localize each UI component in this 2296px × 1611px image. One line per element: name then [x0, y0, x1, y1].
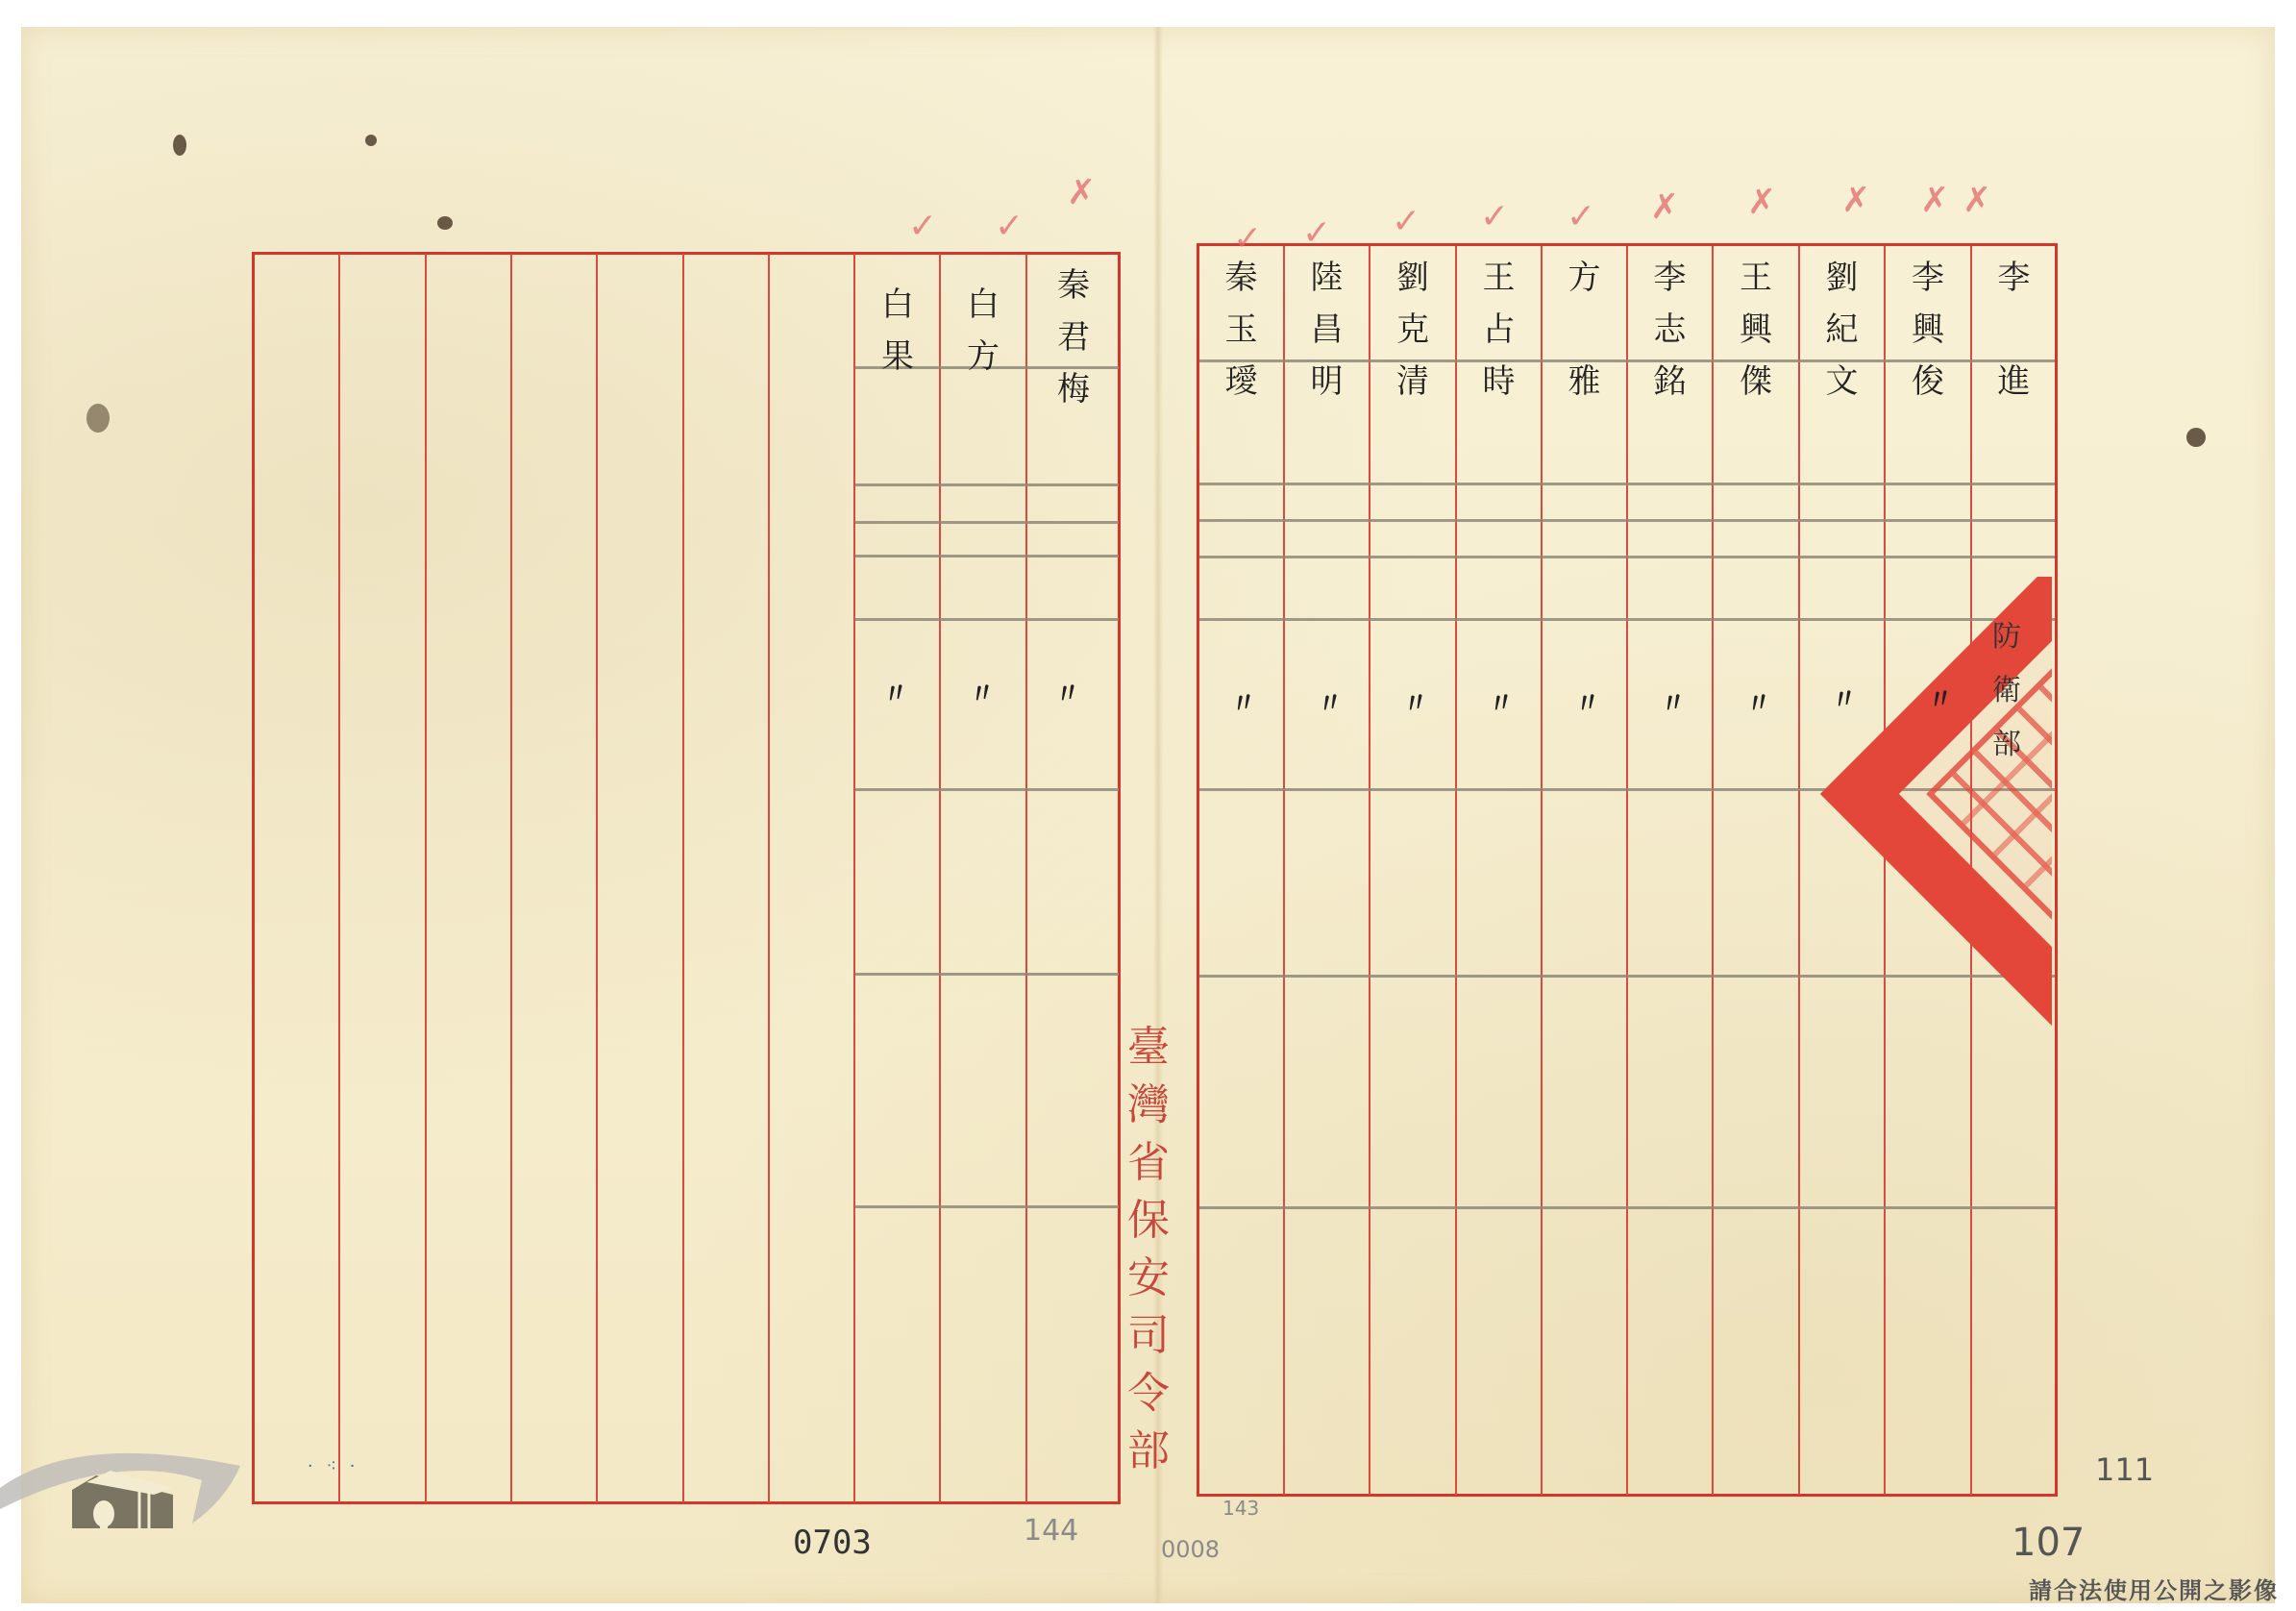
title-char: 司 — [1127, 1307, 1170, 1365]
title-char: 令 — [1127, 1365, 1170, 1423]
ink-stain — [86, 404, 110, 433]
name-char: 明 — [1311, 356, 1344, 408]
title-char: 臺 — [1127, 1019, 1170, 1077]
check-mark-v: ✓ — [995, 207, 1024, 246]
name-char: 李 — [1998, 252, 2031, 304]
row-rule — [1199, 519, 2055, 522]
pencil-code: 0008 — [1161, 1536, 1220, 1563]
name-char: 君 — [1057, 311, 1090, 363]
name-char: 清 — [1396, 356, 1429, 408]
column-rule — [768, 254, 770, 1502]
pencil-page-number: 144 — [1024, 1514, 1078, 1548]
column-rule — [596, 254, 598, 1502]
roster-name: 秦 玉 璦 — [1199, 252, 1283, 408]
roster-name: 陸 昌 明 — [1285, 252, 1369, 408]
name-char: 傑 — [1740, 356, 1772, 408]
column-rule — [338, 254, 340, 1502]
row-rule — [855, 618, 1119, 621]
left-page-frame — [252, 252, 1121, 1504]
column-rule — [853, 254, 855, 1502]
name-char: 紀 — [1826, 304, 1859, 356]
row-rule — [855, 788, 1119, 791]
column-rule — [1283, 246, 1285, 1495]
roster-name: 劉 克 清 — [1370, 252, 1455, 408]
name-char: 李 — [1912, 252, 1944, 304]
name-char: 劉 — [1396, 252, 1429, 304]
name-char: 俊 — [1912, 356, 1944, 408]
name-char: 克 — [1396, 304, 1429, 356]
row-rule — [1199, 556, 2055, 558]
column-rule — [682, 254, 684, 1502]
row-rule — [1199, 483, 2055, 485]
check-mark-x: ✗ — [1963, 181, 1991, 220]
row-rule — [1199, 1206, 2055, 1209]
column-rule — [510, 254, 512, 1502]
seal-text-char: 防 — [1992, 610, 2021, 664]
check-mark-x: ✗ — [1841, 181, 1870, 220]
organization-title: 臺 灣 省 保 安 司 令 部 — [1115, 1019, 1182, 1480]
name-char: 王 — [1740, 252, 1772, 304]
row-rule — [855, 521, 1119, 524]
roster-name: 劉 紀 文 — [1800, 252, 1884, 408]
name-char: 興 — [1912, 304, 1944, 356]
usage-watermark: 請合法使用公開之影像 — [2029, 1572, 2279, 1605]
name-char: 占 — [1483, 304, 1516, 356]
check-mark-v: ✓ — [908, 207, 937, 246]
name-char: 劉 — [1826, 252, 1859, 304]
ink-stain — [173, 135, 186, 156]
check-mark-v: ✓ — [1480, 197, 1509, 236]
roster-name: 李 進 — [1972, 252, 2056, 408]
roster-name: 李 志 銘 — [1628, 252, 1712, 408]
seal-text-char: 部 — [1992, 718, 2021, 772]
check-mark-v: ✓ — [1567, 197, 1595, 236]
name-char: 璦 — [1225, 356, 1258, 408]
check-mark-x: ✗ — [1920, 181, 1949, 220]
name-char: 昌 — [1311, 304, 1344, 356]
pencil-tally: 111 — [2095, 1451, 2154, 1488]
title-char: 保 — [1127, 1192, 1170, 1250]
seal-overwrite-text: 防 衛 部 — [1987, 610, 2026, 772]
name-char: 秦 — [1225, 252, 1258, 304]
column-rule — [1455, 246, 1457, 1495]
ink-stain — [2186, 428, 2206, 447]
row-rule — [855, 973, 1119, 976]
name-char: 玉 — [1225, 304, 1258, 356]
title-char: 安 — [1127, 1250, 1170, 1307]
pencil-page-number: 107 — [2012, 1521, 2085, 1565]
name-char: 銘 — [1654, 356, 1687, 408]
name-char: 方 — [1568, 252, 1601, 304]
roster-name: 白 方 — [941, 279, 1025, 383]
archive-logo-icon — [0, 1423, 240, 1528]
name-char: 陸 — [1311, 252, 1344, 304]
name-char: 果 — [881, 331, 914, 383]
name-char: 王 — [1483, 252, 1516, 304]
check-mark-x: ✗ — [1067, 173, 1096, 212]
name-char: 興 — [1740, 304, 1772, 356]
check-mark-v: ✓ — [1233, 219, 1262, 259]
roster-name: 白 果 — [855, 279, 940, 383]
check-mark-x: ✗ — [1747, 183, 1776, 222]
name-char: 方 — [967, 331, 1000, 383]
roster-name: 方 雅 — [1543, 252, 1626, 408]
check-mark-x: ✗ — [1650, 187, 1679, 227]
name-char: 秦 — [1057, 260, 1090, 311]
column-rule — [1541, 246, 1543, 1495]
pencil-page-number: 143 — [1222, 1497, 1259, 1520]
roster-name: 秦 君 梅 — [1028, 260, 1119, 415]
column-rule — [1712, 246, 1714, 1495]
roster-name: 李 興 俊 — [1886, 252, 1970, 408]
column-rule — [1626, 246, 1628, 1495]
title-char: 省 — [1127, 1134, 1170, 1192]
roster-name: 王 興 傑 — [1714, 252, 1798, 408]
title-char: 部 — [1127, 1423, 1170, 1480]
roster-name: 王 占 時 — [1457, 252, 1541, 408]
name-char: 梅 — [1057, 363, 1090, 415]
ink-stain — [437, 216, 453, 230]
row-rule — [855, 483, 1119, 486]
column-rule — [425, 254, 427, 1502]
seal-text-char: 衛 — [1992, 664, 2021, 718]
name-char: 白 — [967, 279, 1000, 331]
name-char: 志 — [1654, 304, 1687, 356]
title-char: 灣 — [1127, 1077, 1170, 1134]
name-char: 李 — [1654, 252, 1687, 304]
ink-speckles: · ⁖ · — [308, 1456, 358, 1476]
column-rule — [1025, 254, 1027, 1502]
name-char: 進 — [1998, 356, 2031, 408]
name-char: 白 — [881, 279, 914, 331]
row-rule — [855, 555, 1119, 558]
name-char: 文 — [1826, 356, 1859, 408]
ink-stain — [365, 135, 377, 146]
check-mark-v: ✓ — [1302, 213, 1331, 253]
name-char: 雅 — [1568, 356, 1601, 408]
check-mark-v: ✓ — [1392, 202, 1420, 241]
row-rule — [855, 1205, 1119, 1208]
column-rule — [1369, 246, 1370, 1495]
archive-stamp-number: 0703 — [793, 1524, 872, 1562]
column-rule — [939, 254, 941, 1502]
name-char: 時 — [1483, 356, 1516, 408]
